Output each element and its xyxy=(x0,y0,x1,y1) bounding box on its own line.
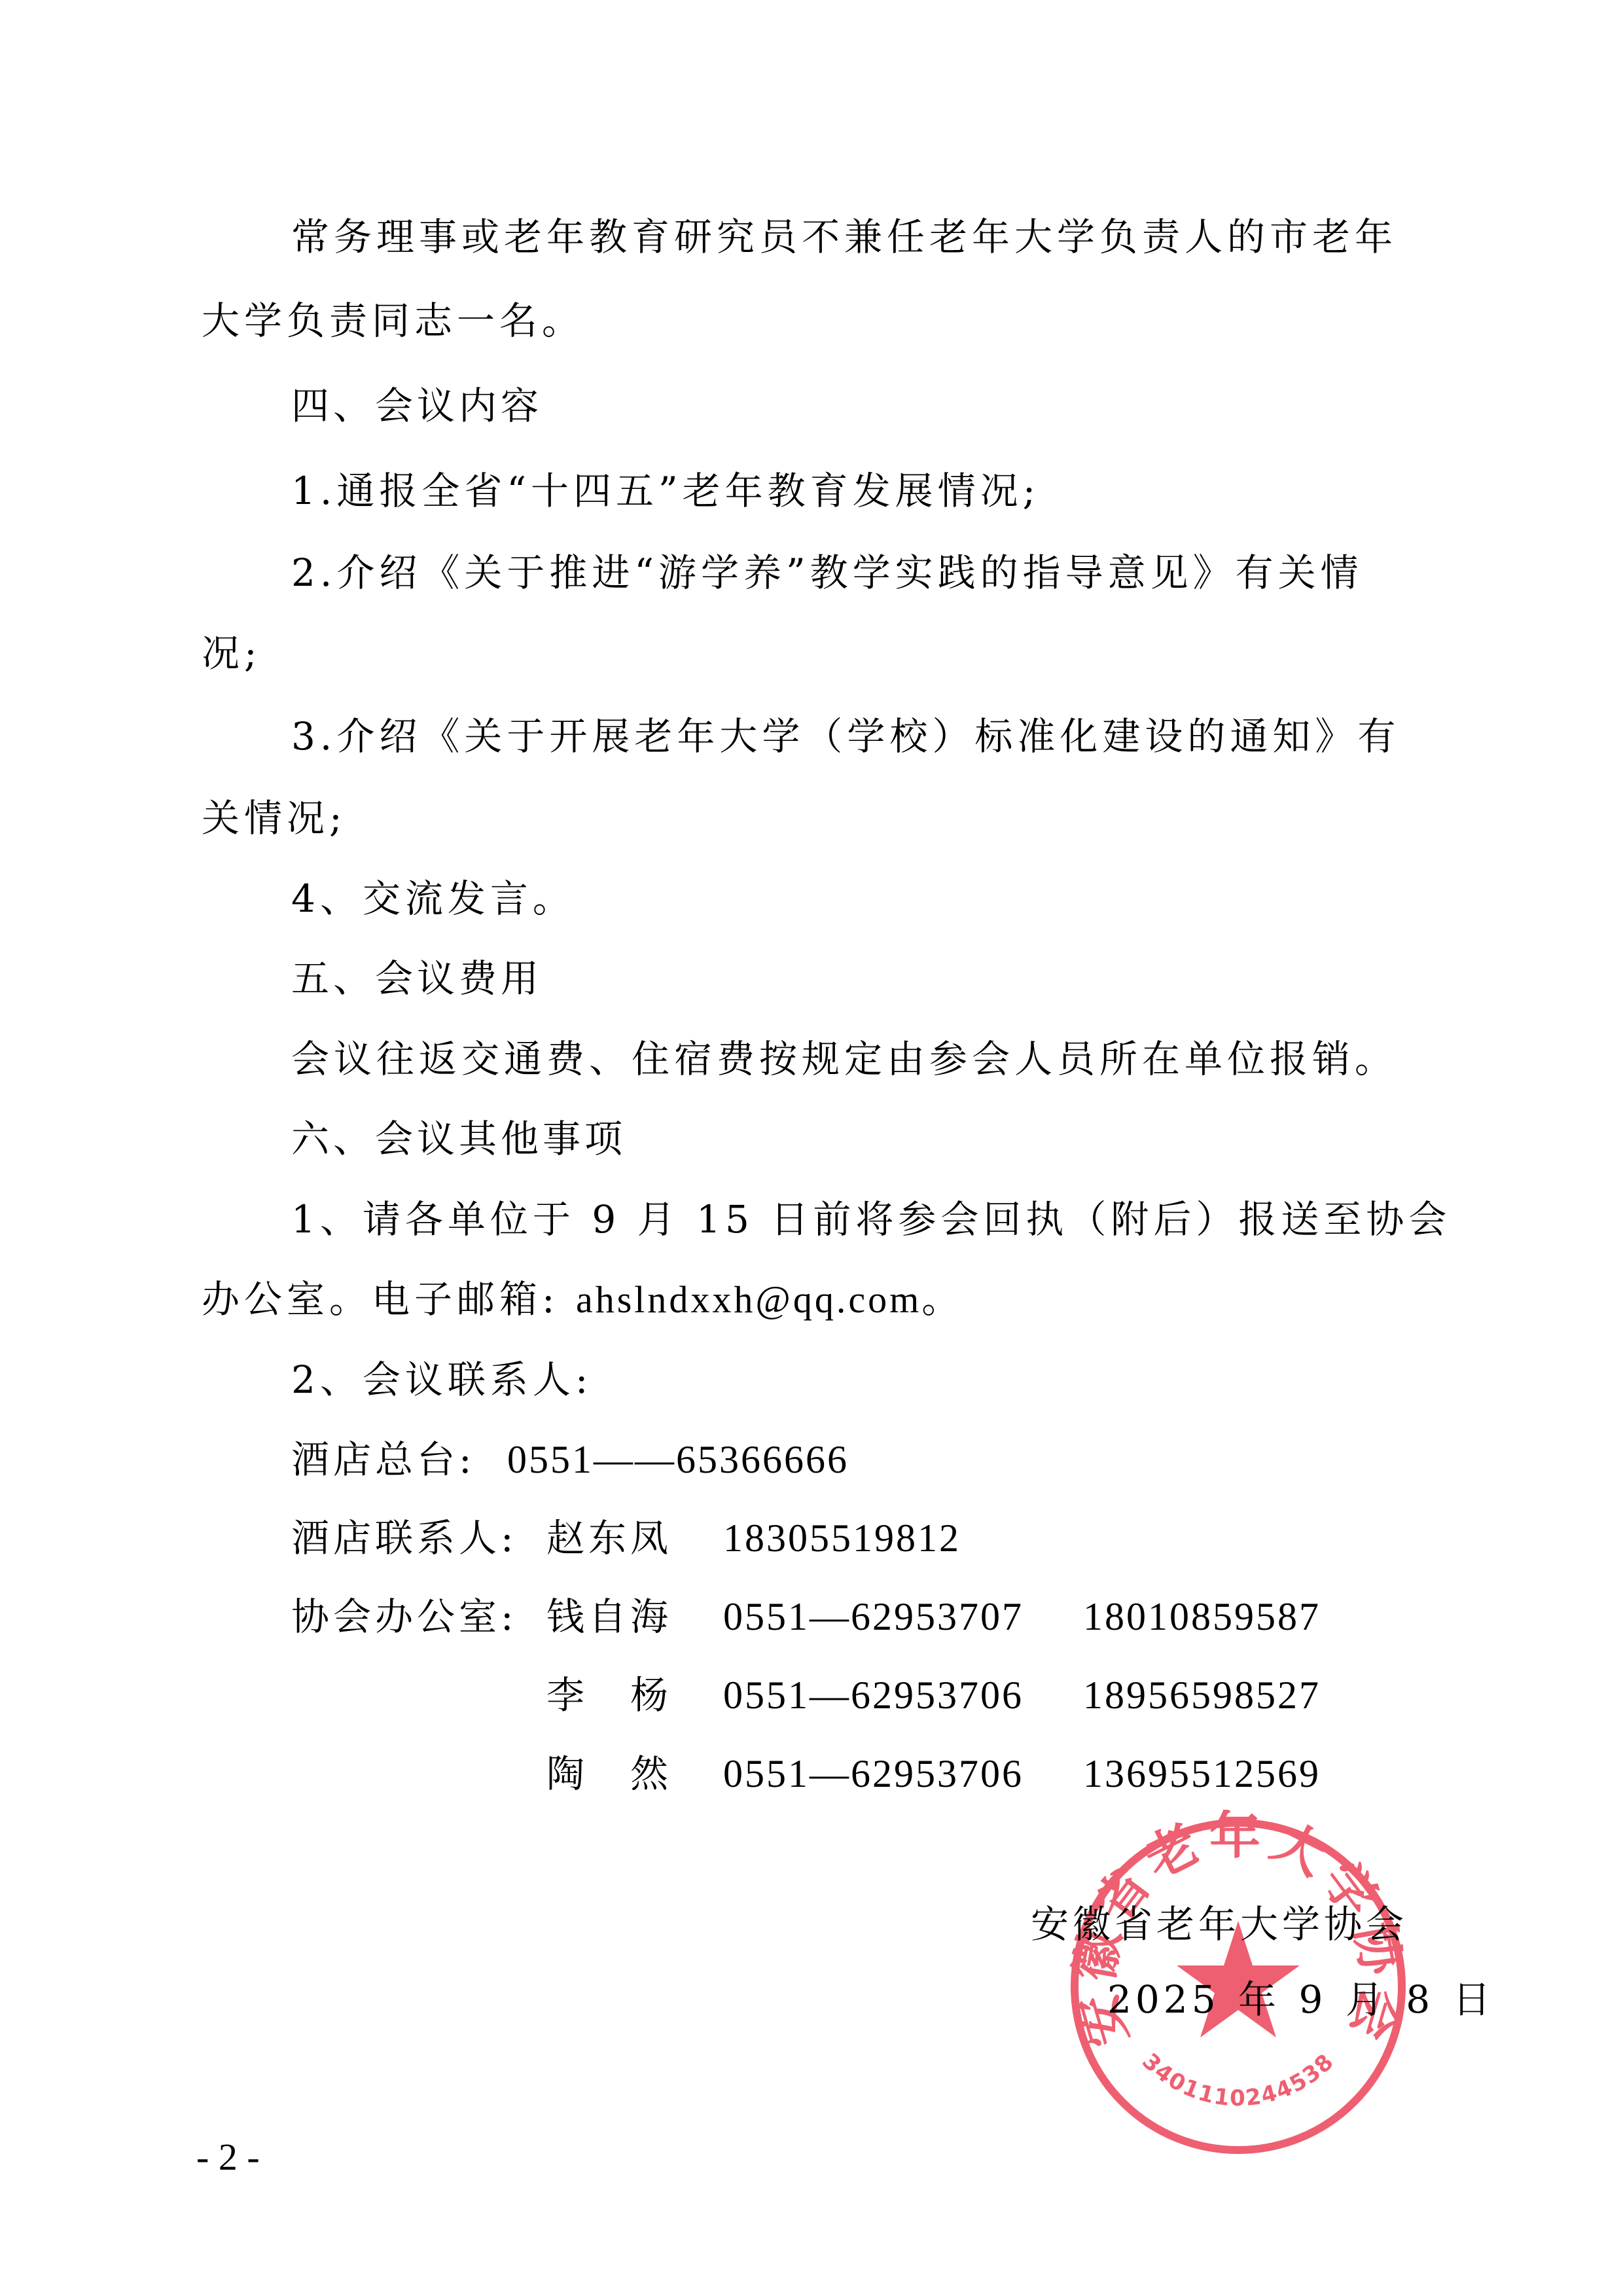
paragraph-continuation-line-1: 常务理事或老年教育研究员不兼任老年大学负责人的市老年 xyxy=(291,214,1397,260)
office-staff-phone: 0551—62953706 xyxy=(723,1672,1024,1718)
hotel-contact-mobile: 18305519812 xyxy=(723,1515,961,1561)
other-item-1-line-2: 办公室。电子邮箱: ahslndxxh@qq.com。 xyxy=(202,1276,964,1323)
office-staff-name: 钱自海 xyxy=(546,1594,672,1640)
fee-paragraph: 会议往返交通费、住宿费按规定由参会人员所在单位报销。 xyxy=(291,1036,1397,1082)
hotel-switchboard-label: 酒店总台: xyxy=(291,1437,476,1482)
email-period: 。 xyxy=(921,1277,964,1321)
office-staff-mobile: 18956598527 xyxy=(1083,1672,1321,1718)
other-item-2: 2、会议联系人: xyxy=(291,1357,592,1403)
office-label: 协会办公室: xyxy=(291,1594,518,1640)
list-item-4: 4、交流发言。 xyxy=(291,876,575,922)
office-staff-phone: 0551—62953707 xyxy=(723,1594,1024,1640)
section-heading-other-matters: 六、会议其他事项 xyxy=(291,1116,626,1162)
list-item-3-line-2: 关情况; xyxy=(202,795,347,841)
list-item-1: 1.通报全省“十四五”老年教育发展情况; xyxy=(291,468,1040,514)
list-item-2-line-1: 2.介绍《关于推进“游学养”教学实践的指导意见》有关情 xyxy=(291,550,1363,596)
office-staff-name: 李 杨 xyxy=(546,1672,672,1718)
list-item-3-line-1: 3.介绍《关于开展老年大学（学校）标准化建设的通知》有 xyxy=(291,713,1400,759)
paragraph-continuation-line-2: 大学负责同志一名。 xyxy=(202,298,584,344)
seal-code: 3401110244538 xyxy=(1137,2048,1340,2111)
hotel-contact-name: 赵东凤 xyxy=(546,1515,672,1561)
email-address[interactable]: ahslndxxh@qq.com xyxy=(576,1278,921,1321)
section-heading-meeting-fees: 五、会议费用 xyxy=(291,956,543,1001)
hotel-switchboard-phone: 0551——65366666 xyxy=(507,1437,849,1482)
page-number: - 2 - xyxy=(196,2135,260,2179)
section-heading-meeting-content: 四、会议内容 xyxy=(291,383,543,429)
list-item-2-line-2: 况; xyxy=(202,630,262,676)
office-staff-mobile: 18010859587 xyxy=(1083,1594,1321,1640)
hotel-contact-label: 酒店联系人: xyxy=(291,1515,518,1561)
svg-text:3401110244538: 3401110244538 xyxy=(1137,2048,1340,2111)
signature-organization: 安徽省老年大学协会 xyxy=(1031,1901,1408,1947)
office-staff-name: 陶 然 xyxy=(546,1751,672,1797)
signature-date: 2025 年 9 月 8 日 xyxy=(1107,1977,1495,2022)
office-staff-mobile: 13695512569 xyxy=(1083,1751,1321,1797)
document-page: 常务理事或老年教育研究员不兼任老年大学负责人的市老年 大学负责同志一名。 四、会… xyxy=(0,0,1623,2296)
office-staff-phone: 0551—62953706 xyxy=(723,1751,1024,1797)
other-item-1-line-1: 1、请各单位于 9 月 15 日前将参会回执（附后）报送至协会 xyxy=(291,1196,1451,1242)
email-label: 办公室。电子邮箱: xyxy=(202,1277,576,1321)
